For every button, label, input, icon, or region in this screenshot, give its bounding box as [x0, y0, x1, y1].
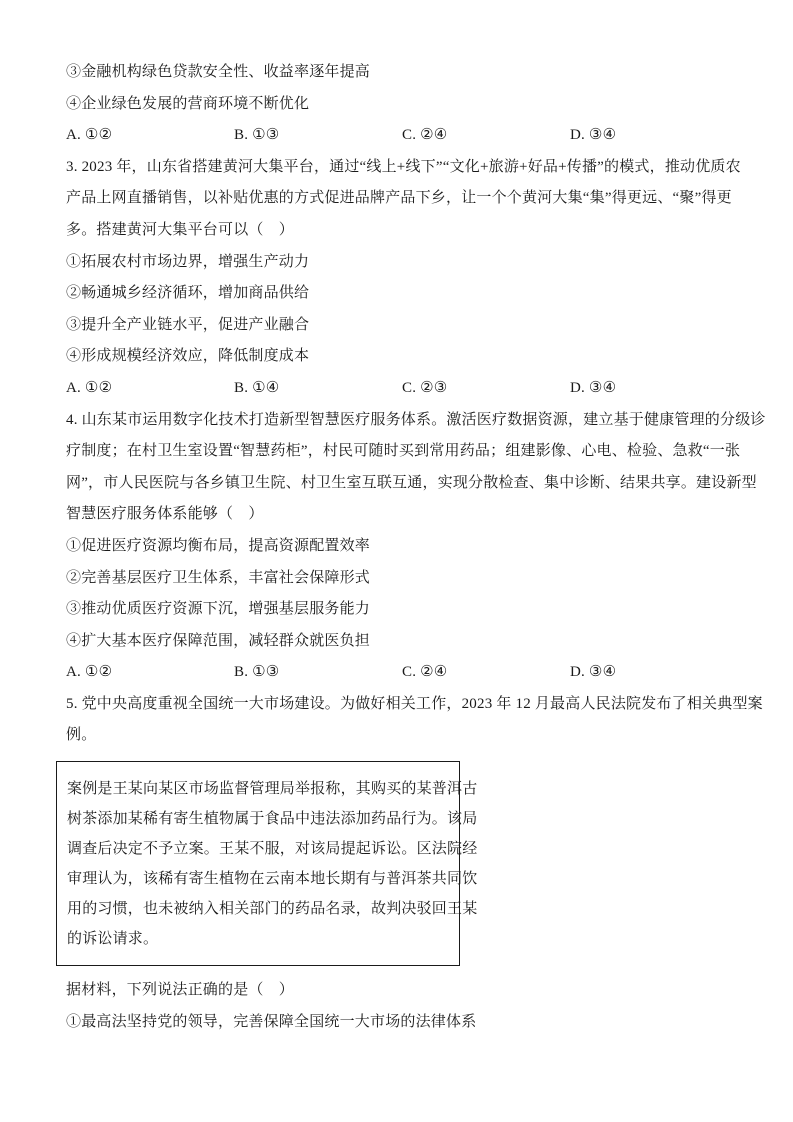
q4-item-3: ③推动优质医疗资源下沉，增强基层服务能力 — [66, 594, 733, 626]
case-box-line-2: 树茶添加某稀有寄生植物属于食品中违法添加药品行为。该局 — [67, 804, 447, 834]
q4-option-d: D. ③④ — [570, 657, 616, 689]
q3-item-1: ①拓展农村市场边界，增强生产动力 — [66, 247, 733, 279]
q4-stem-line-4: 智慧医疗服务体系能够（ ） — [66, 499, 733, 531]
q3-option-a: A. ①② — [66, 373, 234, 405]
q4-stem-line-2: 疗制度；在村卫生室设置“智慧药柜”，村民可随时买到常用药品；组建影像、心电、检验… — [66, 436, 733, 468]
q3-item-3: ③提升全产业链水平，促进产业融合 — [66, 310, 733, 342]
page-content: ③金融机构绿色贷款安全性、收益率逐年提高 ④企业绿色发展的营商环境不断优化 A.… — [0, 0, 793, 1038]
q3-stem-line-3: 多。搭建黄河大集平台可以（ ） — [66, 215, 733, 247]
case-box-line-5: 用的习惯，也未被纳入相关部门的药品名录，故判决驳回王某 — [67, 894, 447, 924]
q4-item-2: ②完善基层医疗卫生体系，丰富社会保障形式 — [66, 563, 733, 595]
q5-stem-line-1: 5. 党中央高度重视全国统一大市场建设。为做好相关工作，2023 年 12 月最… — [66, 689, 733, 721]
q4-stem-line-1: 4. 山东某市运用数字化技术打造新型智慧医疗服务体系。激活医疗数据资源，建立基于… — [66, 405, 733, 437]
q3-item-4: ④形成规模经济效应，降低制度成本 — [66, 341, 733, 373]
q3-option-c: C. ②③ — [402, 373, 570, 405]
case-box-line-3: 调查后决定不予立案。王某不服，对该局提起诉讼。区法院经 — [67, 834, 447, 864]
q5-case-box: 案例是王某向某区市场监督管理局举报称，其购买的某普洱古 树茶添加某稀有寄生植物属… — [56, 761, 460, 966]
case-box-line-6: 的诉讼请求。 — [67, 924, 447, 954]
q4-item-4: ④扩大基本医疗保障范围，减轻群众就医负担 — [66, 626, 733, 658]
q3-stem-line-1: 3. 2023 年，山东省搭建黄河大集平台，通过“线上+线下”“文化+旅游+好品… — [66, 152, 733, 184]
case-box-line-1: 案例是王某向某区市场监督管理局举报称，其购买的某普洱古 — [67, 774, 447, 804]
q3-options-row: A. ①② B. ①④ C. ②③ D. ③④ — [66, 373, 733, 405]
q3-option-d: D. ③④ — [570, 373, 616, 405]
q3-item-2: ②畅通城乡经济循环，增加商品供给 — [66, 278, 733, 310]
case-box-line-4: 审理认为，该稀有寄生植物在云南本地长期有与普洱茶共同饮 — [67, 864, 447, 894]
q4-option-b: B. ①③ — [234, 657, 402, 689]
q2-option-a: A. ①② — [66, 120, 234, 152]
q4-item-1: ①促进医疗资源均衡布局，提高资源配置效率 — [66, 531, 733, 563]
q4-option-a: A. ①② — [66, 657, 234, 689]
q2-option-c: C. ②④ — [402, 120, 570, 152]
q4-options-row: A. ①② B. ①③ C. ②④ D. ③④ — [66, 657, 733, 689]
q2-item-3: ③金融机构绿色贷款安全性、收益率逐年提高 — [66, 57, 733, 89]
q3-stem-line-2: 产品上网直播销售，以补贴优惠的方式促进品牌产品下乡，让一个个黄河大集“集”得更远… — [66, 183, 733, 215]
q4-option-c: C. ②④ — [402, 657, 570, 689]
q2-item-4: ④企业绿色发展的营商环境不断优化 — [66, 89, 733, 121]
q2-option-d: D. ③④ — [570, 120, 616, 152]
exam-document-page: ③金融机构绿色贷款安全性、收益率逐年提高 ④企业绿色发展的营商环境不断优化 A.… — [0, 0, 793, 1122]
q5-item-1: ①最高法坚持党的领导，完善保障全国统一大市场的法律体系 — [66, 1007, 733, 1039]
q2-option-b: B. ①③ — [234, 120, 402, 152]
q2-options-row: A. ①② B. ①③ C. ②④ D. ③④ — [66, 120, 733, 152]
q5-stem-line-2: 例。 — [66, 720, 733, 752]
q4-stem-line-3: 网”，市人民医院与各乡镇卫生院、村卫生室互联互通，实现分散检查、集中诊断、结果共… — [66, 468, 733, 500]
q3-option-b: B. ①④ — [234, 373, 402, 405]
q5-followup: 据材料，下列说法正确的是（ ） — [66, 975, 733, 1007]
